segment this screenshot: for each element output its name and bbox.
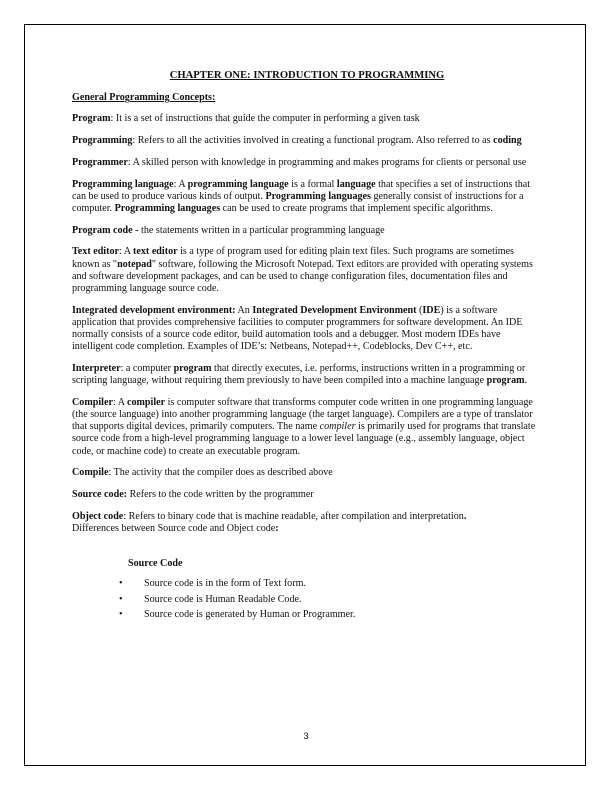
definition-programming: Programming: Refers to all the activitie… — [72, 135, 542, 147]
section-heading: General Programming Concepts: — [72, 92, 542, 104]
definition-program: Program: It is a set of instructions tha… — [72, 113, 542, 125]
definition-interpreter: Interpreter: a computer program that dir… — [72, 363, 542, 387]
definition-source-code: Source code: Refers to the code written … — [72, 489, 542, 501]
definition-object-code: Object code: Refers to binary code that … — [72, 511, 542, 535]
bullet-item: Source code is in the form of Text form. — [72, 578, 542, 590]
term: Integrated development environment: — [72, 305, 236, 316]
definition-compiler: Compiler: A compiler is computer softwar… — [72, 397, 542, 458]
term: Program — [72, 113, 111, 124]
term: Text editor — [72, 246, 119, 257]
chapter-title: CHAPTER ONE: INTRODUCTION TO PROGRAMMING — [72, 70, 542, 82]
page-number: 3 — [0, 731, 612, 741]
document-body: CHAPTER ONE: INTRODUCTION TO PROGRAMMING… — [72, 70, 542, 625]
term: Source code: — [72, 489, 127, 500]
term: Program code - — [72, 225, 139, 236]
term: Interpreter — [72, 363, 121, 374]
definition-programming-language: Programming language: A programming lang… — [72, 179, 542, 216]
definition-compile: Compile: The activity that the compiler … — [72, 467, 542, 479]
term: Programming language — [72, 179, 174, 190]
definition-program-code: Program code - the statements written in… — [72, 225, 542, 237]
term: Object code — [72, 511, 123, 522]
source-code-bullet-list: Source code is in the form of Text form.… — [72, 578, 542, 621]
source-code-heading: Source Code — [128, 558, 542, 570]
term: Compiler — [72, 397, 113, 408]
term: Compile — [72, 467, 108, 478]
bullet-item: Source code is generated by Human or Pro… — [72, 609, 542, 621]
term: Programming — [72, 135, 132, 146]
term: Programmer — [72, 157, 128, 168]
bullet-item: Source code is Human Readable Code. — [72, 594, 542, 606]
definition-programmer: Programmer: A skilled person with knowle… — [72, 157, 542, 169]
definition-ide: Integrated development environment: An I… — [72, 305, 542, 354]
definition-text-editor: Text editor: A text editor is a type of … — [72, 246, 542, 295]
